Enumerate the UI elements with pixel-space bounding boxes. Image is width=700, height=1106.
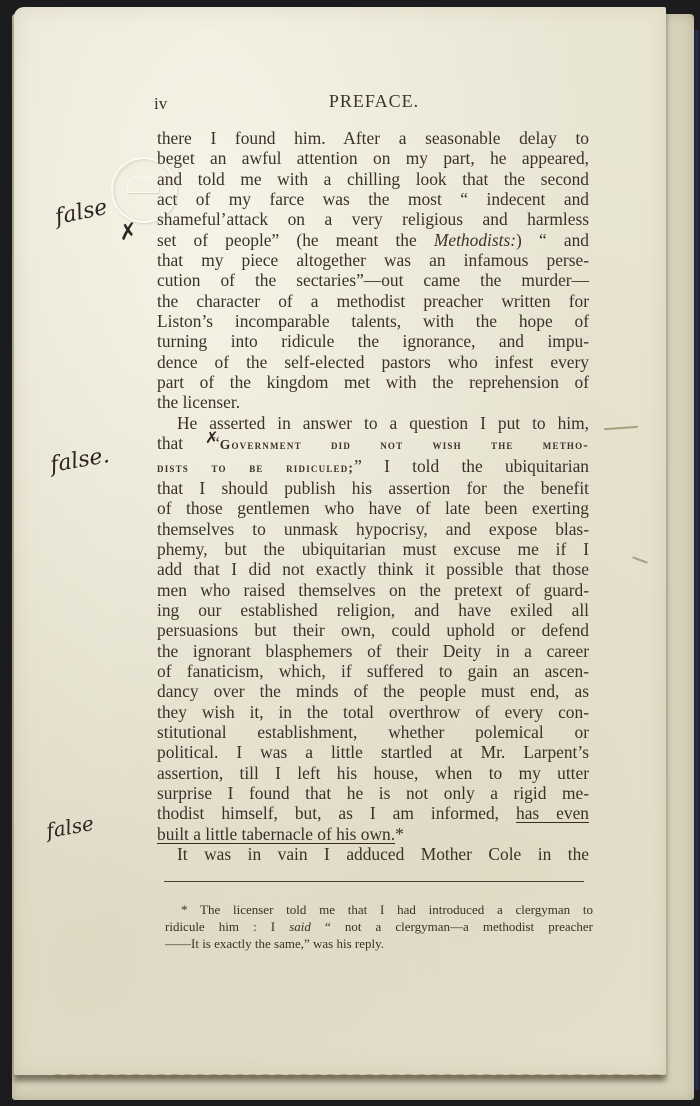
text-line: and told me with a chilling look that th… <box>157 169 589 189</box>
text-line: He asserted in answer to a question I pu… <box>157 413 589 433</box>
text-segment: ” I told the ubiquitarian <box>354 456 589 476</box>
text-line: the ignorant blasphemers of their Deity … <box>157 641 589 661</box>
paper-crease <box>632 556 648 563</box>
text-line: surprise I found that he is not only a r… <box>157 783 589 803</box>
text-line: It was in vain I adduced Mother Cole in … <box>157 844 589 864</box>
footnote-line: ——It is exactly the same,” was his reply… <box>165 935 593 952</box>
footnote: * The licenser told me that I had introd… <box>165 901 593 952</box>
text-line: stitutional establishment, whether polem… <box>157 722 589 742</box>
text-line: that I should publish his assertion for … <box>157 478 589 498</box>
text-line: that “Government did not wish the metho- <box>157 433 589 455</box>
text-line: add that I did not exactly think it poss… <box>157 559 589 579</box>
text-line: dists to be ridiculed;” I told the ubiqu… <box>157 456 589 478</box>
text-segment: ridicule him : I <box>165 919 289 934</box>
text-line: dancy over the minds of the people must … <box>157 681 589 701</box>
footnote-line: * The licenser told me that I had introd… <box>165 901 593 918</box>
text-line: set of people” (he meant the Methodists:… <box>157 230 589 250</box>
text-line: of those gentlemen who have of late been… <box>157 498 589 518</box>
text-segment: “ not a clergyman—a methodist preacher <box>311 919 593 934</box>
text-line: the character of a methodist preacher wr… <box>157 291 589 311</box>
text-line: dence of the self-elected pastors who in… <box>157 352 589 372</box>
text-line: of fanaticism, which, if suffered to gai… <box>157 661 589 681</box>
text-line: they wish it, in the total overthrow of … <box>157 702 589 722</box>
text-line: turning into ridicule the ignorance, and… <box>157 331 589 351</box>
text-line: built a little tabernacle of his own.* <box>157 824 589 844</box>
text-line: Liston’s incomparable talents, with the … <box>157 311 589 331</box>
text-line: men who raised themselves on the pretext… <box>157 580 589 600</box>
cross-mark-icon: ✗ <box>117 219 139 246</box>
running-head: iv PREFACE. <box>154 91 594 113</box>
body-text: there I found him. After a seasonable de… <box>157 128 589 864</box>
underlined-passage: has even <box>516 803 589 823</box>
footnote-marker: * <box>395 824 404 844</box>
italic-methodists: Methodists: <box>434 230 516 250</box>
text-line: part of the kingdom met with the reprehe… <box>157 372 589 392</box>
underlined-passage: built a little tabernacle of his own. <box>157 824 395 844</box>
text-segment: set of people” (he meant the <box>157 230 434 250</box>
text-segment: ) “ and <box>516 230 589 250</box>
text-line: act of my farce was the most “ indecent … <box>157 189 589 209</box>
text-line: there I found him. After a seasonable de… <box>157 128 589 148</box>
insertion-mark-icon: ✗ <box>205 428 218 447</box>
footnote-line: ridicule him : I said “ not a clergyman—… <box>165 918 593 935</box>
text-line: shameful’attack on a very religious and … <box>157 209 589 229</box>
text-line: thodist himself, but, as I am informed, … <box>157 803 589 823</box>
text-line: that my piece altogether was an infamous… <box>157 250 589 270</box>
text-segment: thodist himself, but, as I am informed, <box>157 803 499 823</box>
text-line: cution of the sectaries”—out came the mu… <box>157 270 589 290</box>
text-line: themselves to unmask hypocrisy, and expo… <box>157 519 589 539</box>
text-line: ing our established religion, and have e… <box>157 600 589 620</box>
smallcaps-quote: Government did not wish the metho- <box>220 437 589 452</box>
text-line: phemy, but the ubiquitarian must excuse … <box>157 539 589 559</box>
text-line: political. I was a little startled at Mr… <box>157 742 589 762</box>
italic-said: said <box>289 919 311 934</box>
text-line: the licenser. <box>157 392 589 412</box>
running-title: PREFACE. <box>154 91 594 112</box>
text-line: assertion, till I left his house, when t… <box>157 763 589 783</box>
footnote-rule <box>164 881 584 882</box>
text-line: beget an awful attention on my part, he … <box>157 148 589 168</box>
text-line: persuasions but their own, could uphold … <box>157 620 589 640</box>
smallcaps-quote: dists to be ridiculed; <box>157 460 354 475</box>
paper-crease <box>604 426 638 430</box>
